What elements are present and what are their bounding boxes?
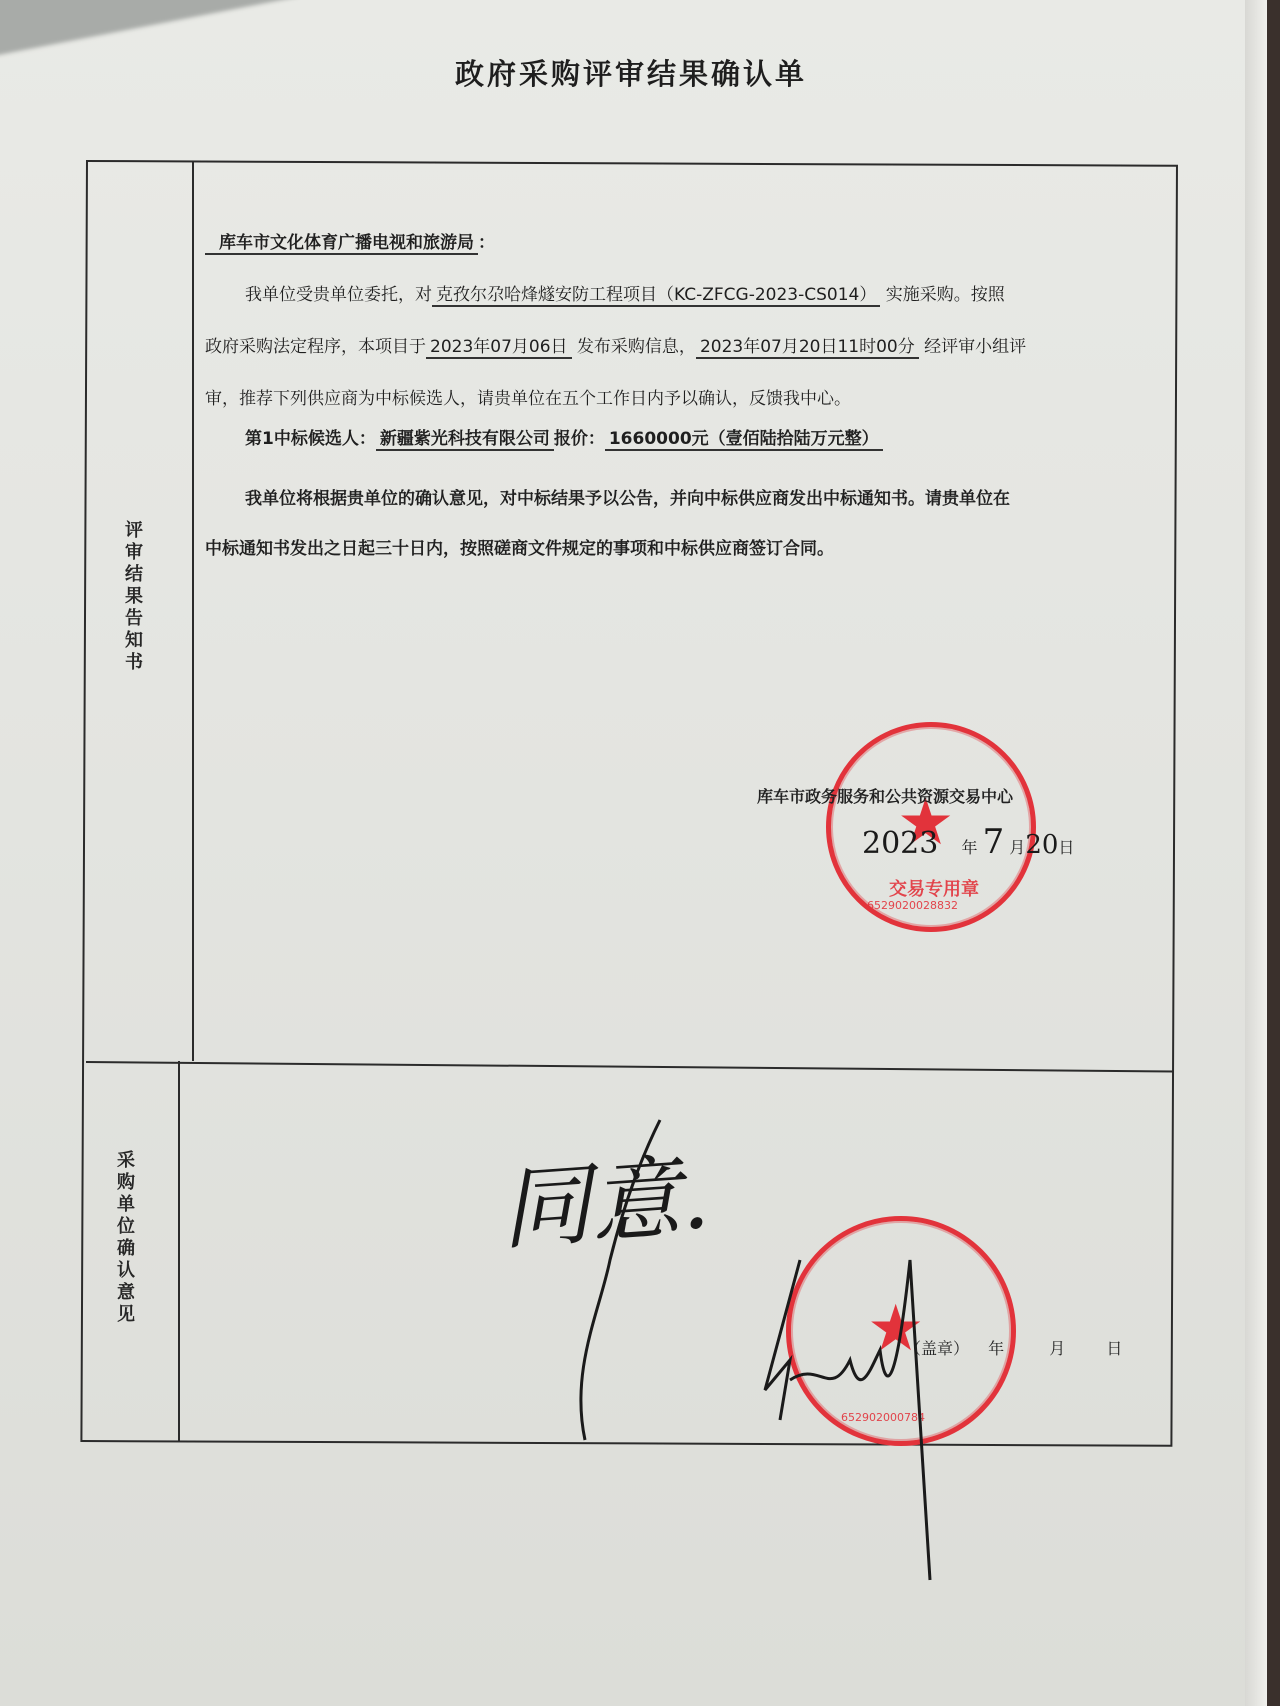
year-unit: 年 <box>961 838 977 857</box>
publish-date: 2023年07月06日 <box>426 337 572 359</box>
bid-price: 1660000元（壹佰陆拾陆万元整） <box>605 429 883 451</box>
seal-date-line: （盖章） 年 月 日 <box>905 1336 1122 1359</box>
paragraph-2-mid: 发布采购信息， <box>577 337 696 357</box>
paragraph-5: 我单位将根据贵单位的确认意见，对中标结果予以公告，并向中标供应商发出中标通知书。… <box>245 484 1010 509</box>
signature-scrawl <box>760 1240 960 1600</box>
addressee-colon: ： <box>478 233 495 253</box>
paragraph-2-start: 政府采购法定程序，本项目于 <box>205 337 426 357</box>
issue-date: 2023 年 7 月20日 <box>862 822 1074 862</box>
page-shadow <box>0 0 299 58</box>
stamp-bottom-text: 交易专用章 <box>889 875 979 901</box>
section-label-purchaser-opinion: 采购单位确认意见 <box>111 1150 137 1326</box>
paragraph-1-end: 实施采购。按照 <box>886 285 1005 305</box>
issuer-name: 库车市政务服务和公共资源交易中心 <box>757 784 1013 807</box>
month-unit: 月 <box>1009 838 1025 857</box>
year-unit: 年 <box>988 1339 1004 1358</box>
candidate-name: 新疆紫光科技有限公司 <box>376 429 554 451</box>
addressee: 库车市文化体育广播电视和旅游局 <box>205 233 478 255</box>
paragraph-2-end: 经评审小组评 <box>924 337 1026 357</box>
paragraph-3: 审，推荐下列供应商为中标候选人，请贵单位在五个工作日内予以确认，反馈我中心。 <box>205 384 851 409</box>
document-page: 政府采购评审结果确认单 评审结果告知书 库车市文化体育广播电视和旅游局： 我单位… <box>0 0 1262 1706</box>
price-label: 报价： <box>554 429 605 449</box>
issue-year: 2023 <box>862 826 938 861</box>
column-divider-1 <box>192 161 194 1061</box>
paragraph-6: 中标通知书发出之日起三十日内，按照磋商文件规定的事项和中标供应商签订合同。 <box>205 534 834 559</box>
month-unit: 月 <box>1049 1339 1065 1358</box>
document-title: 政府采购评审结果确认单 <box>0 52 1262 93</box>
day-unit: 日 <box>1058 838 1074 857</box>
section-label-review-notice: 评审结果告知书 <box>119 520 145 674</box>
project-name: 克孜尔尕哈烽燧安防工程项目（KC-ZFCG-2023-CS014） <box>432 285 880 307</box>
issue-month: 7 <box>983 822 1005 862</box>
stamp-code: 6529020028832 <box>867 899 958 912</box>
signature-stroke <box>540 1110 680 1450</box>
candidate-label: 第1中标候选人： <box>245 429 376 449</box>
seal-label: （盖章） <box>905 1339 969 1358</box>
day-unit: 日 <box>1106 1339 1122 1358</box>
review-time: 2023年07月20日11时00分 <box>696 337 919 359</box>
paragraph-1-start: 我单位受贵单位委托，对 <box>245 285 432 305</box>
column-divider-2 <box>178 1061 180 1441</box>
page-edge <box>1245 0 1267 1706</box>
issue-day: 20 <box>1025 830 1058 860</box>
